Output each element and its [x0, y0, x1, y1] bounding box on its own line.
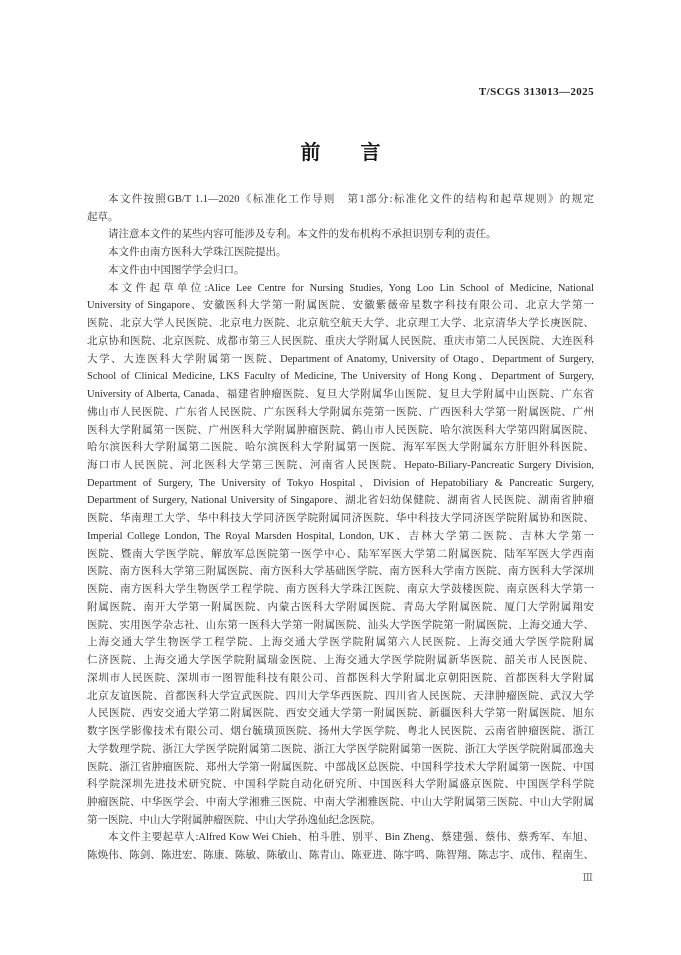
text-line: Department of Surgery, The University of…: [87, 475, 594, 493]
text-line: 上海交通大学生物医学工程学院、上海交通大学医学院附属第六人民医院、上海交通大学医…: [87, 634, 594, 652]
text-line: 陈焕伟、陈剑、陈进宏、陈康、陈敏、陈敏山、陈青山、陈亚进、陈宇鸣、陈智翔、陈志宇…: [87, 847, 594, 865]
text-line: 本文件按照GB/T 1.1—2020《标准化工作导则 第1部分:标准化文件的结构…: [87, 191, 594, 209]
text-line: 大学数理学院、浙江大学医学院附属第二医院、浙江大学医学院附属第一医院、浙江大学医…: [87, 741, 594, 759]
text-line: 海口市人民医院、河北医科大学第三医院、河南省人民医院、Hepato-Biliar…: [87, 457, 594, 475]
text-line: 本文件由中国图学学会归口。: [87, 262, 594, 280]
text-line: 哈尔滨医科大学附属第二医院、哈尔滨医科大学附属第一医院、海军军医大学附属东方肝胆…: [87, 439, 594, 457]
paragraph-patent-notice: 请注意本文件的某些内容可能涉及专利。本文件的发布机构不承担识别专利的责任。: [87, 226, 594, 244]
body-text: 本文件按照GB/T 1.1—2020《标准化工作导则 第1部分:标准化文件的结构…: [87, 191, 594, 865]
page-title: 前 言: [0, 136, 681, 165]
text-line: 附属医院、南开大学第一附属医院、内蒙古医科大学附属医院、青岛大学附属医院、厦门大…: [87, 599, 594, 617]
text-line: 医院、北京大学人民医院、北京电力医院、北京航空航天大学、北京理工大学、北京清华大…: [87, 315, 594, 333]
text-line: 北京友谊医院、首都医科大学宣武医院、四川大学华西医院、四川省人民医院、天津肿瘤医…: [87, 688, 594, 706]
text-line: School of Clinical Medicine, LKS Faculty…: [87, 368, 594, 386]
paragraph-centralized-by: 本文件由中国图学学会归口。: [87, 262, 594, 280]
text-line: 数字医学影像技术有限公司、烟台毓璜顶医院、扬州大学医学院、粤北人民医院、云南省肿…: [87, 723, 594, 741]
text-line: 医院、南方医科大学第三附属医院、南方医科大学基础医学院、南方医科大学南方医院、南…: [87, 563, 594, 581]
text-line: 佛山市人民医院、广东省人民医院、广东医科大学附属东莞第一医院、广西医科大学第一附…: [87, 404, 594, 422]
text-line: Department of Surgery, National Universi…: [87, 492, 594, 510]
paragraph-proposed-by: 本文件由南方医科大学珠江医院提出。: [87, 244, 594, 262]
text-line: University of Singapore、安徽医科大学第一附属医院、安徽紫…: [87, 297, 594, 315]
text-line: 科学院深圳先进技术研究院、中国科学院自动化研究所、中国医科大学附属盛京医院、中国…: [87, 776, 594, 794]
text-line: 起草。: [87, 209, 594, 227]
text-line: 医院、南方医科大学生物医学工程学院、南方医科大学珠江医院、南京大学鼓楼医院、南京…: [87, 581, 594, 599]
text-line: 人民医院、西安交通大学第二附属医院、西安交通大学第一附属医院、新疆医科大学第一附…: [87, 705, 594, 723]
page-number: Ⅲ: [582, 871, 593, 884]
paragraph-drafting-rules: 本文件按照GB/T 1.1—2020《标准化工作导则 第1部分:标准化文件的结构…: [87, 191, 594, 226]
text-line: 肿瘤医院、中华医学会、中南大学湘雅三医院、中南大学湘雅医院、中山大学附属第三医院…: [87, 794, 594, 812]
document-page: T/SCGS 313013—2025 前 言 本文件按照GB/T 1.1—202…: [0, 0, 681, 955]
text-line: 医院、浙江省肿瘤医院、郑州大学第一附属医院、中部战区总医院、中国科学技术大学附属…: [87, 759, 594, 777]
text-line: 本文件由南方医科大学珠江医院提出。: [87, 244, 594, 262]
text-line: 北京协和医院、北京医院、成都市第三人民医院、重庆大学附属人民医院、重庆市第二人民…: [87, 333, 594, 351]
text-line: 大学、大连医科大学附属第一医院、Department of Anatomy, U…: [87, 351, 594, 369]
text-line: 请注意本文件的某些内容可能涉及专利。本文件的发布机构不承担识别专利的责任。: [87, 226, 594, 244]
text-line: 医院、暨南大学医学院、解放军总医院第一医学中心、陆军军医大学第二附属医院、陆军军…: [87, 546, 594, 564]
text-line: 仁济医院、上海交通大学医学院附属瑞金医院、上海交通大学医学院附属新华医院、韶关市…: [87, 652, 594, 670]
text-line: 医院、华南理工大学、华中科技大学同济医学院附属同济医院、华中科技大学同济医学院附…: [87, 510, 594, 528]
text-line: 本文件主要起草人:Alfred Kow Wei Chieh、柏斗胜、别平、Bin…: [87, 829, 594, 847]
paragraph-drafting-organizations: 本文件起草单位:Alice Lee Centre for Nursing Stu…: [87, 280, 594, 830]
paragraph-main-drafters: 本文件主要起草人:Alfred Kow Wei Chieh、柏斗胜、别平、Bin…: [87, 829, 594, 864]
text-line: University of Alberta, Canada、福建省肿瘤医院、复旦…: [87, 386, 594, 404]
text-line: Imperial College London, The Royal Marsd…: [87, 528, 594, 546]
standard-number: T/SCGS 313013—2025: [479, 86, 594, 98]
text-line: 深圳市人民医院、深圳市一图智能科技有限公司、首都医科大学附属北京朝阳医院、首都医…: [87, 670, 594, 688]
text-line: 医院、实用医学杂志社、山东第一医科大学第一附属医院、汕头大学医学院第一附属医院、…: [87, 617, 594, 635]
text-line: 医科大学附属第一医院、广州医科大学附属肿瘤医院、鹤山市人民医院、哈尔滨医科大学第…: [87, 422, 594, 440]
text-line: 本文件起草单位:Alice Lee Centre for Nursing Stu…: [87, 280, 594, 298]
text-line: 第一医院、中山大学附属肿瘤医院、中山大学孙逸仙纪念医院。: [87, 812, 594, 830]
